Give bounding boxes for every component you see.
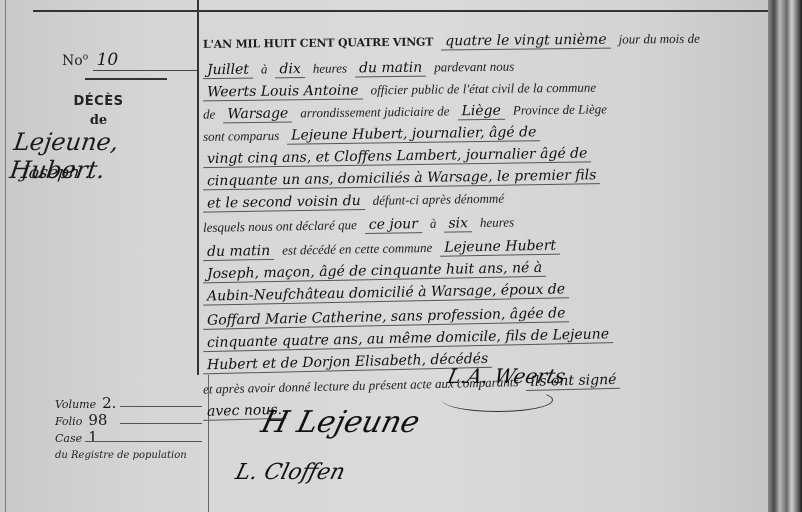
printed-text: heures: [313, 61, 347, 76]
printed-text: défunt-ci après dénommé: [373, 191, 505, 208]
witness-2-signature: L. Cloffen: [233, 460, 348, 485]
record-number-label: No: [62, 53, 83, 69]
folio-value: 98: [88, 411, 107, 429]
column-divider: [197, 0, 199, 375]
case-label: Case: [55, 432, 82, 445]
printed-text: est décédé en cette commune: [282, 240, 432, 258]
handwritten-entry: Aubin-Neufchâteau domicilié à Warsage, é…: [203, 281, 569, 305]
officer-signature: L.A. Weerts: [445, 364, 567, 388]
printed-text: lesquels nous ont déclaré que: [203, 217, 357, 235]
handwritten-entry: ce jour: [365, 216, 422, 234]
volume-rule: [120, 406, 202, 407]
handwritten-entry: Weerts Louis Antoine: [203, 82, 363, 101]
register-note: du Registre de population: [55, 450, 187, 461]
volume-value: 2.: [102, 394, 116, 412]
handwritten-entry: du matin: [203, 243, 274, 261]
handwritten-entry: dix: [275, 61, 305, 78]
number-underline: [85, 78, 167, 80]
record-number: Noo 10: [62, 50, 197, 71]
printed-text: à: [261, 61, 268, 76]
register-page: Noo 10 DÉCÈS de Lejeune, Hubert. Joseph …: [0, 0, 775, 512]
handwritten-entry: quatre le vingt unième: [441, 32, 611, 51]
printed-text: Province de Liège: [513, 101, 607, 117]
act-line: L'AN MIL HUIT CENT QUATRE VINGTquatre le…: [203, 27, 763, 55]
register-case: Case1: [55, 428, 98, 446]
handwritten-entry: six: [444, 215, 472, 232]
case-rule: [85, 441, 202, 442]
book-spine: [768, 0, 802, 512]
folio-rule: [120, 423, 202, 424]
witness-1-signature: H Lejeune: [258, 405, 424, 440]
handwritten-entry: Liège: [457, 103, 505, 121]
case-value: 1: [88, 428, 98, 446]
printed-text: officier public de l'état civil de la co…: [371, 80, 597, 98]
handwritten-entry: et le second voisin du: [203, 193, 365, 213]
handwritten-entry: Juillet: [203, 62, 253, 80]
volume-label: Volume: [55, 398, 96, 411]
printed-text: jour du mois de: [618, 31, 699, 47]
register-volume: Volume2.: [55, 394, 116, 412]
printed-text: à: [430, 216, 437, 231]
printed-text: sont comparus: [203, 128, 279, 144]
handwritten-entry: Lejeune Hubert: [440, 238, 560, 257]
printed-text: arrondissement judiciaire de: [300, 103, 449, 120]
handwritten-entry: du matin: [355, 60, 426, 78]
printed-text: de: [203, 107, 215, 122]
folio-label: Folio: [55, 415, 82, 428]
margin-column: Noo 10 DÉCÈS de Lejeune, Hubert. Joseph …: [0, 0, 197, 512]
deceased-given-name: Joseph .: [21, 163, 92, 183]
record-heading-de: de: [0, 113, 197, 128]
register-folio: Folio98: [55, 411, 107, 429]
printed-text: heures: [480, 214, 514, 230]
handwritten-entry: Warsage: [223, 105, 292, 123]
officer-paraph: [442, 388, 553, 412]
printed-text: pardevant nous: [434, 59, 514, 75]
printed-text: L'AN MIL HUIT CENT QUATRE VINGT: [203, 36, 433, 51]
record-heading: DÉCÈS: [0, 94, 197, 109]
record-number-value: 10: [93, 50, 197, 71]
handwritten-entry: Lejeune Hubert, journalier, âgé de: [287, 124, 540, 145]
